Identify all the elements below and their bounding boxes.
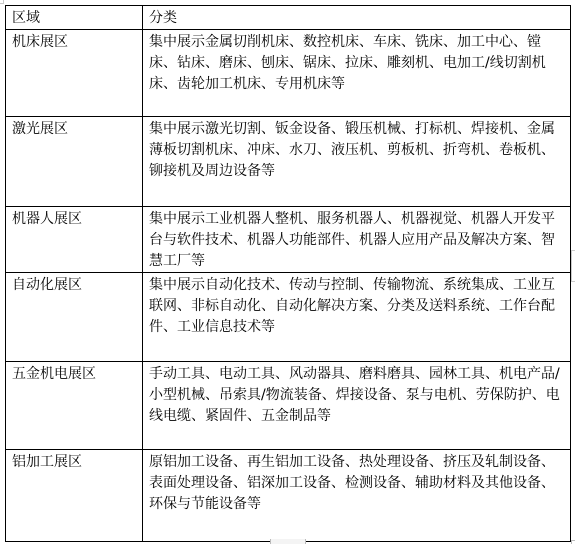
- category-cell: 集中展示自动化技术、传动与控制、传输物流、系统集成、工业互联网、非标自动化、自动…: [143, 273, 571, 362]
- category-cell: 集中展示金属切削机床、数控机床、车床、铣床、加工中心、镗床、钻床、磨床、刨床、锯…: [143, 30, 571, 117]
- category-cell: 原铝加工设备、再生铝加工设备、热处理设备、挤压及轧制设备、表面处理设备、铝深加工…: [143, 450, 571, 542]
- column-resize-handle[interactable]: [571, 250, 575, 282]
- table-row: 激光展区 集中展示激光切割、钣金设备、锻压机械、打标机、焊接机、金属薄板切割机床…: [6, 117, 571, 207]
- row-resize-handle[interactable]: [270, 539, 306, 544]
- page-corner-mark: [0, 0, 4, 4]
- category-cell: 集中展示激光切割、钣金设备、锻压机械、打标机、焊接机、金属薄板切割机床、冲床、水…: [143, 117, 571, 207]
- zone-cell: 机床展区: [6, 30, 143, 117]
- table-row: 机床展区 集中展示金属切削机床、数控机床、车床、铣床、加工中心、镗床、钻床、磨床…: [6, 30, 571, 117]
- category-cell: 手动工具、电动工具、风动器具、磨料磨具、园林工具、机电产品/小型机械、吊索具/物…: [143, 362, 571, 450]
- table-row: 铝加工展区 原铝加工设备、再生铝加工设备、热处理设备、挤压及轧制设备、表面处理设…: [6, 450, 571, 542]
- header-zone: 区域: [6, 6, 143, 30]
- zone-cell: 激光展区: [6, 117, 143, 207]
- table-header-row: 区域 分类: [6, 6, 571, 30]
- table-row: 自动化展区 集中展示自动化技术、传动与控制、传输物流、系统集成、工业互联网、非标…: [6, 273, 571, 362]
- table-resize-handle[interactable]: [571, 540, 575, 544]
- table-row: 五金机电展区 手动工具、电动工具、风动器具、磨料磨具、园林工具、机电产品/小型机…: [6, 362, 571, 450]
- zone-cell: 铝加工展区: [6, 450, 143, 542]
- exhibition-zones-table: 区域 分类 机床展区 集中展示金属切削机床、数控机床、车床、铣床、加工中心、镗床…: [5, 5, 571, 542]
- zone-cell: 机器人展区: [6, 207, 143, 273]
- zone-cell: 五金机电展区: [6, 362, 143, 450]
- category-cell: 集中展示工业机器人整机、服务机器人、机器视觉、机器人开发平台与软件技术、机器人功…: [143, 207, 571, 273]
- zone-cell: 自动化展区: [6, 273, 143, 362]
- header-category: 分类: [143, 6, 571, 30]
- table-row: 机器人展区 集中展示工业机器人整机、服务机器人、机器视觉、机器人开发平台与软件技…: [6, 207, 571, 273]
